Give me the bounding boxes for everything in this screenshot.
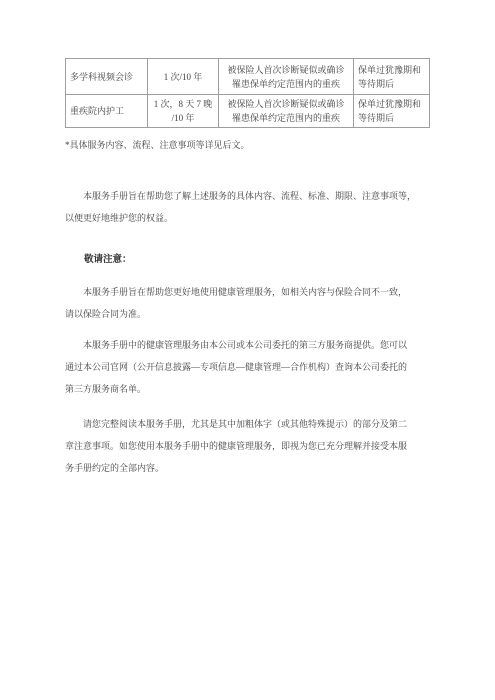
provider-paragraph: 本服务手册中的健康管理服务由本公司或本公司委托的第三方服务商提供。您可以 通过本… bbox=[65, 334, 429, 400]
table-footnote: *具体服务内容、流程、注意事项等详见后文。 bbox=[65, 138, 429, 152]
service-benefits-table: 多学科视频会诊 1 次/10 年 被保险人首次诊断疑似或确诊 罹患保单约定范围内… bbox=[65, 58, 430, 128]
notice-paragraph: 本服务手册旨在帮助您更好地使用健康管理服务，如相关内容与保险合同不一致， 请以保… bbox=[65, 281, 429, 325]
table-row: 多学科视频会诊 1 次/10 年 被保险人首次诊断疑似或确诊 罹患保单约定范围内… bbox=[66, 59, 430, 95]
service-name-cell: 多学科视频会诊 bbox=[66, 59, 148, 95]
intro-paragraph: 本服务手册旨在帮助您了解上述服务的具体内容、流程、标准、期限、注意事项等， 以便… bbox=[65, 185, 429, 229]
table-row: 重疾院内护工 1 次，8 天 7 晚 /10 年 被保险人首次诊断疑似或确诊 罹… bbox=[66, 95, 430, 128]
notice-heading: 敬请注意： bbox=[65, 249, 429, 271]
document-content: 多学科视频会诊 1 次/10 年 被保险人首次诊断疑似或确诊 罹患保单约定范围内… bbox=[65, 58, 429, 479]
waiting-period-cell: 保单过犹豫期和 等待期后 bbox=[354, 95, 430, 128]
document-page: 多学科视频会诊 1 次/10 年 被保险人首次诊断疑似或确诊 罹患保单约定范围内… bbox=[0, 0, 495, 700]
service-name-cell: 重疾院内护工 bbox=[66, 95, 148, 128]
condition-cell: 被保险人首次诊断疑似或确诊 罹患保单约定范围内的重疾 bbox=[219, 59, 354, 95]
frequency-cell: 1 次，8 天 7 晚 /10 年 bbox=[148, 95, 219, 128]
frequency-cell: 1 次/10 年 bbox=[148, 59, 219, 95]
condition-cell: 被保险人首次诊断疑似或确诊 罹患保单约定范围内的重疾 bbox=[219, 95, 354, 128]
waiting-period-cell: 保单过犹豫期和 等待期后 bbox=[354, 59, 430, 95]
read-instruction-paragraph: 请您完整阅读本服务手册，尤其是其中加粗体字（或其他特殊提示）的部分及第二 章注意… bbox=[65, 413, 429, 479]
